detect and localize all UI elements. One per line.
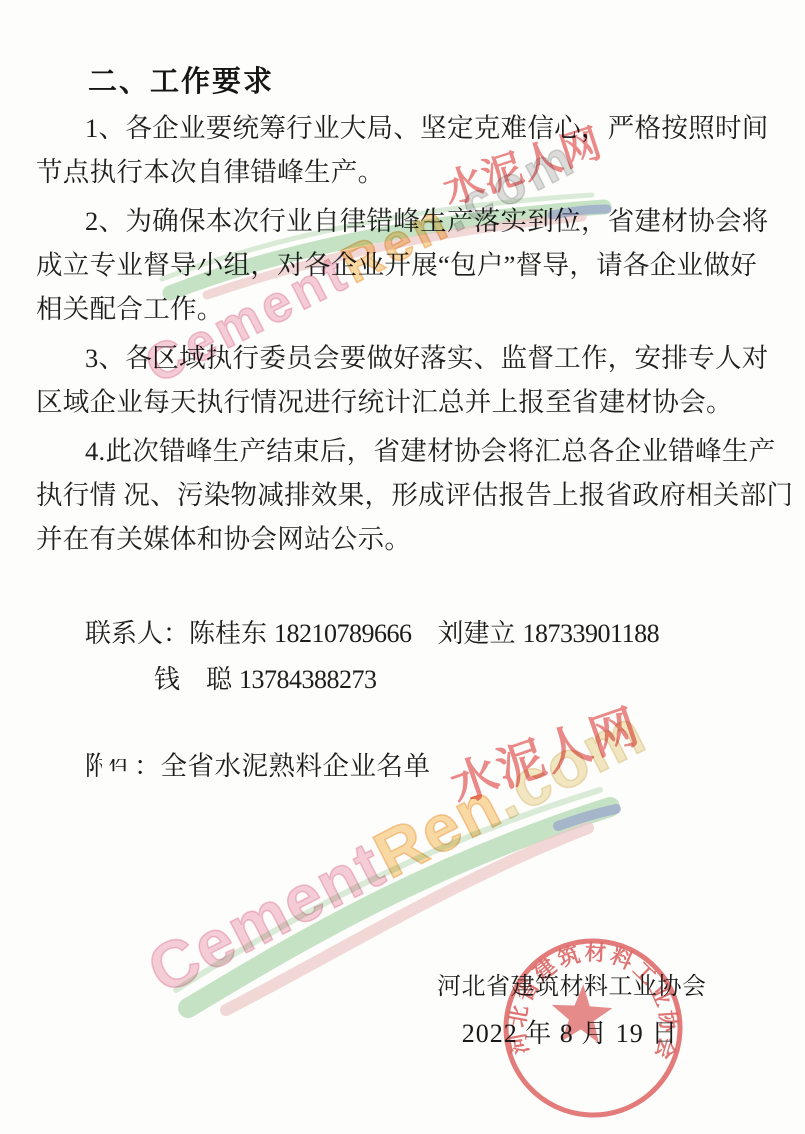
contact-section: 联系人：陈桂东18210789666刘建立18733901188 钱 聪1378… — [85, 611, 659, 703]
contact-phone: 13784388273 — [239, 665, 377, 694]
paragraph: 4.此次错峰生产结束后，省建材协会将汇总各企业错峰生产 执行情 况、污染物减排效… — [36, 429, 796, 561]
signature-date: 2022 年 8 月 19 日 — [437, 1014, 703, 1054]
watermark-swoosh-icon — [152, 183, 622, 353]
scanned-document-page: 二、工作要求 1、各企业要统筹行业大局、坚定克难信心，严格按照时间 节点执行本次… — [0, 0, 805, 1134]
signature-block: 河北省建筑材料工业协会 2022 年 8 月 19 日 — [437, 968, 703, 1054]
body-line: 4.此次错峰生产结束后，省建材协会将汇总各企业错峰生产 — [36, 429, 796, 473]
paragraph: 1、各企业要统筹行业大局、坚定克难信心，严格按照时间 节点执行本次自律错峰生产。 — [36, 106, 796, 194]
contact-phone: 18210789666 — [274, 619, 412, 648]
contact-name: 钱 聪 — [154, 665, 232, 694]
attachment-colon: ： — [134, 751, 161, 781]
body-line: 并在有关媒体和协会网站公示。 — [36, 517, 796, 561]
signature-organization: 河北省建筑材料工业协会 — [437, 968, 703, 1006]
body-line: 执行情 况、污染物减排效果，形成评估报告上报省政府相关部门 — [36, 473, 796, 517]
contact-row: 联系人：陈桂东18210789666刘建立18733901188 — [85, 611, 659, 657]
contact-phone: 18733901188 — [523, 619, 660, 648]
section-heading: 二、工作要求 — [88, 64, 274, 100]
attachment-label-char-damaged: 件 — [108, 744, 134, 788]
contact-name: 陈桂东 — [189, 619, 267, 648]
contact-label: 联系人： — [85, 619, 189, 648]
body-line: 区域企业每天执行情况进行统计汇总并上报至省建材协会。 — [36, 380, 796, 424]
body-line: 1、各企业要统筹行业大局、坚定克难信心，严格按照时间 — [36, 106, 796, 150]
contact-row: 钱 聪13784388273 — [154, 657, 659, 703]
attachment-label-char-damaged: 附 — [85, 744, 102, 788]
contact-name: 刘建立 — [438, 619, 516, 648]
